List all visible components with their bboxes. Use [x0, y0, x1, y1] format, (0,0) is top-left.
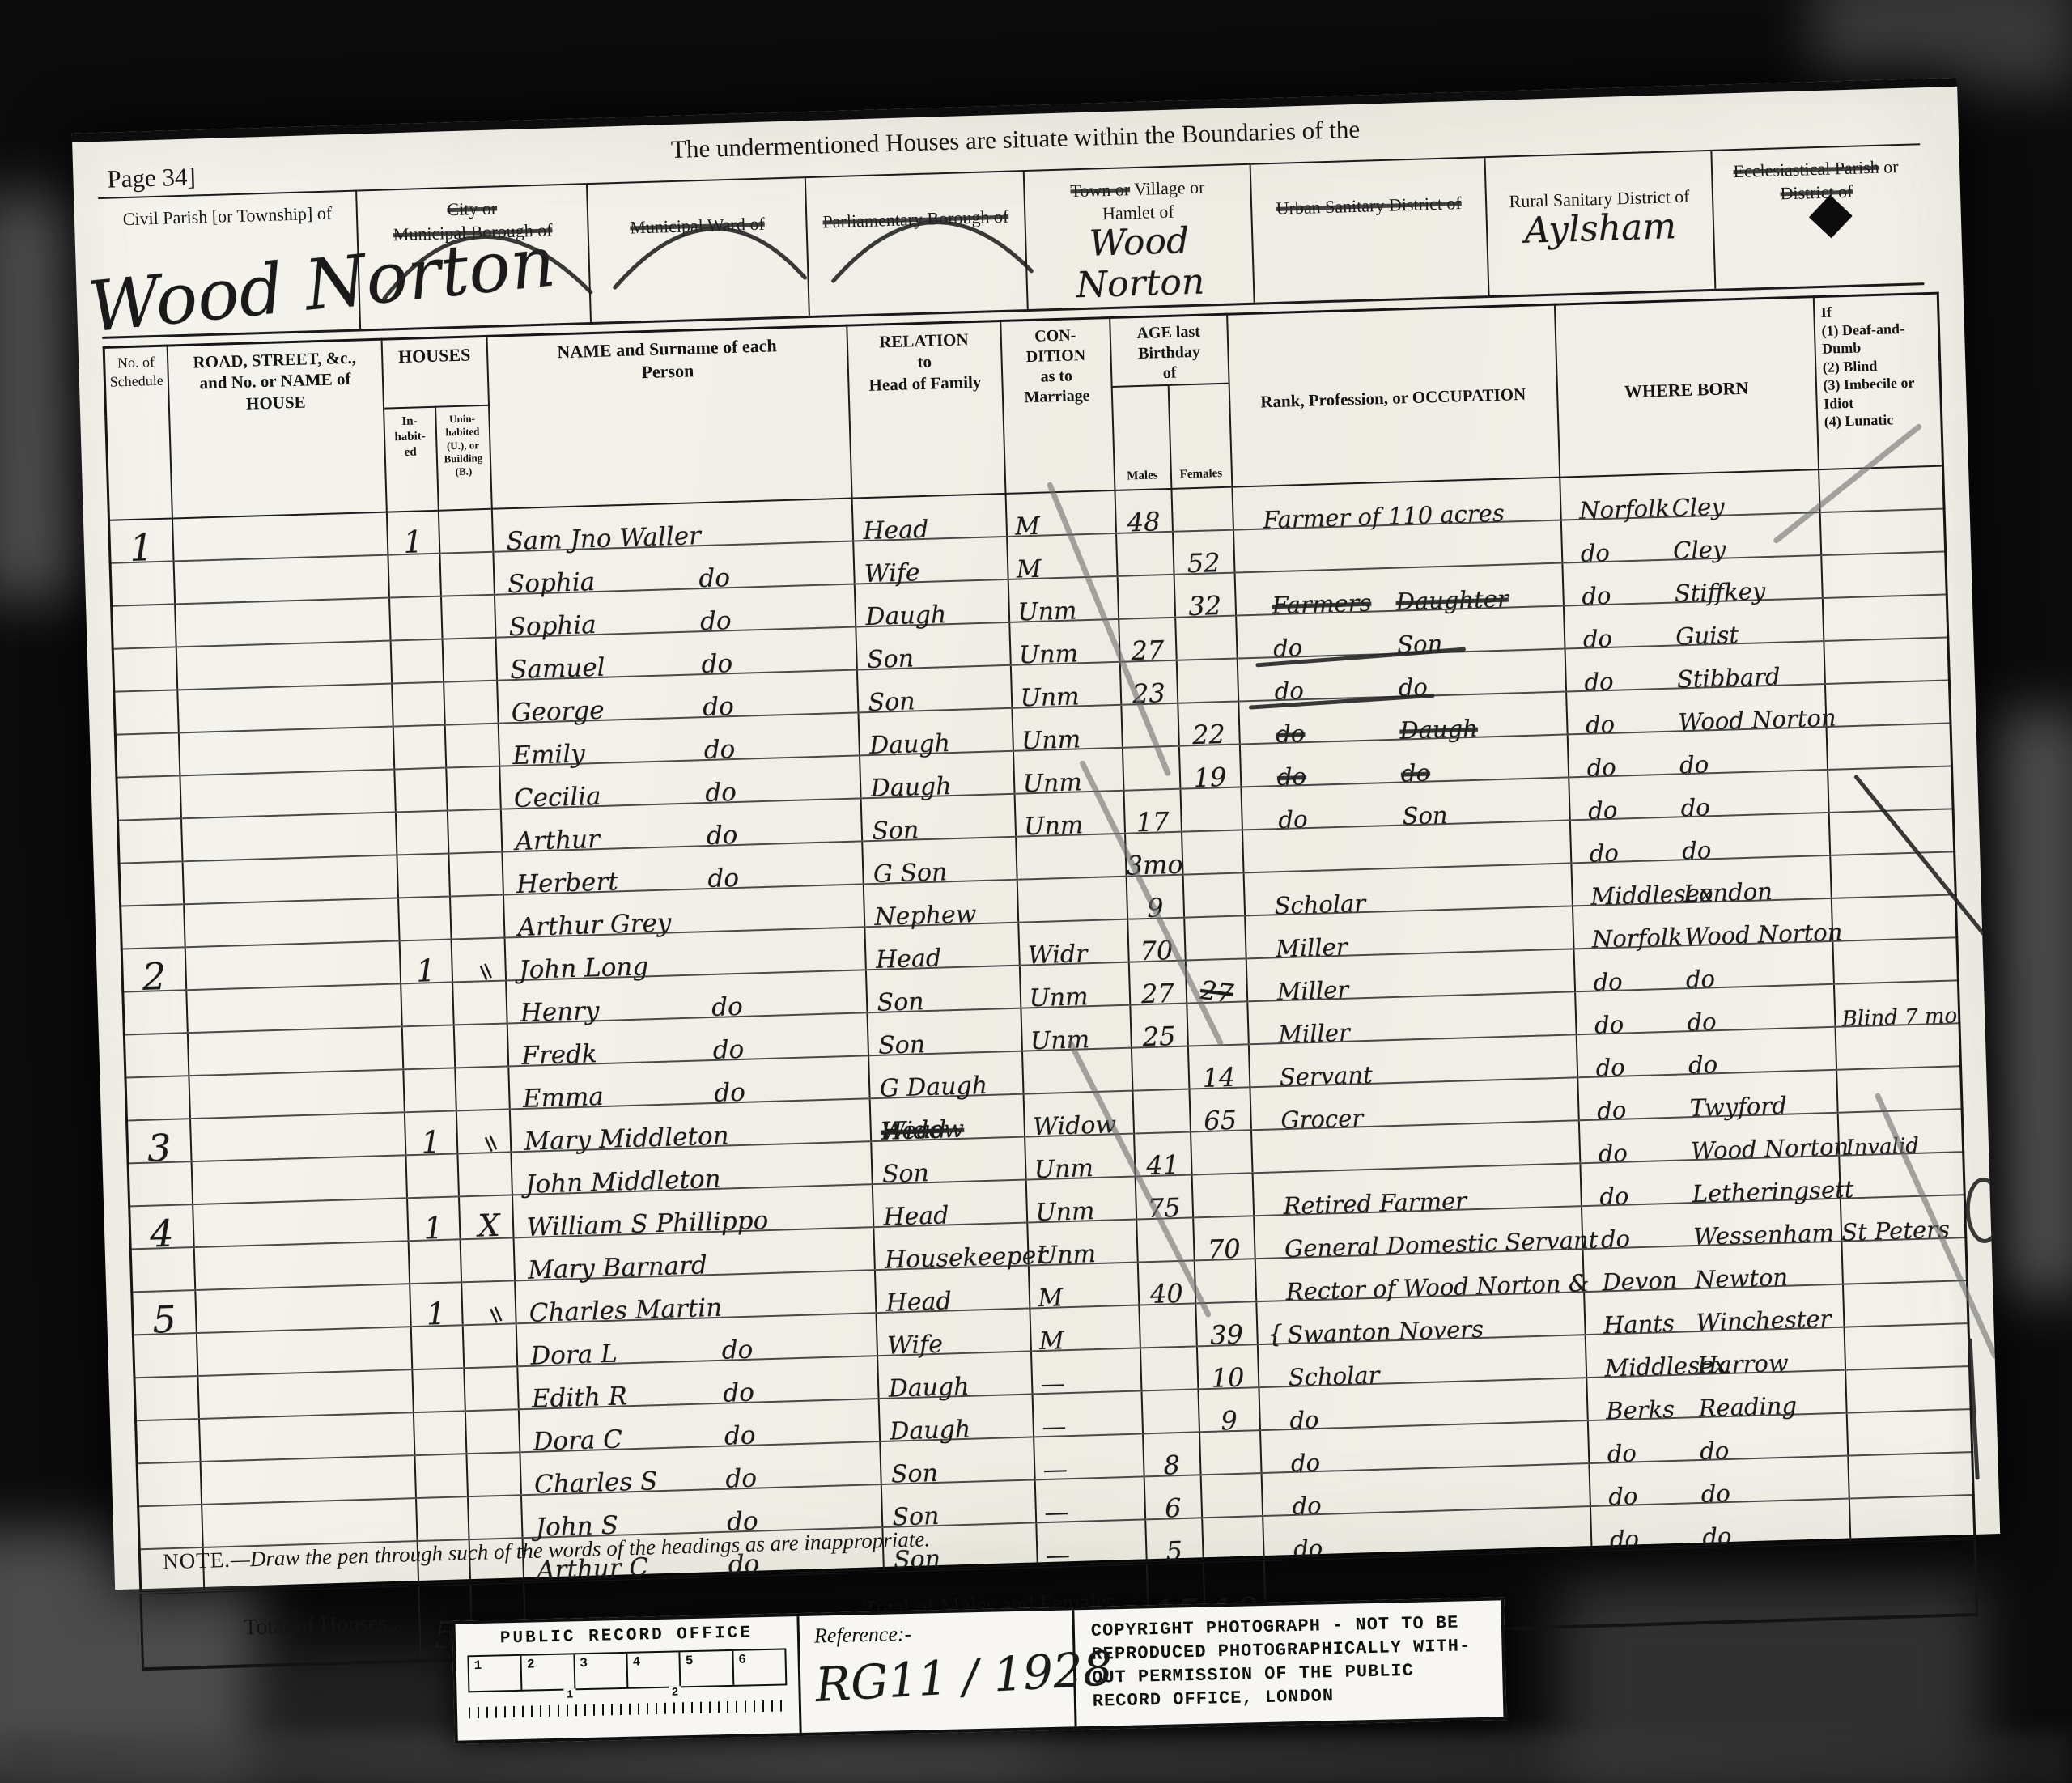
relation-value: G Daugh [879, 1072, 987, 1103]
road-name [193, 1198, 408, 1247]
age-female: 19 [1178, 744, 1241, 788]
occupation-value: Farmers [1272, 589, 1372, 620]
birth-place: London [1683, 877, 1773, 907]
name-ditto: do [725, 1464, 758, 1494]
schedule-number [134, 1376, 199, 1420]
uninhabited-mark [449, 895, 504, 940]
occupation-value: Son [1397, 630, 1443, 659]
reference-label: Reference:- [814, 1618, 1073, 1648]
occupation-value: do [1398, 673, 1428, 702]
infirmity-remark [1846, 1409, 1972, 1456]
inhabited-mark [403, 1068, 456, 1112]
condition: M [1005, 490, 1116, 537]
age-female [1180, 787, 1242, 831]
reference-value: RG11 / 1928 [814, 1643, 1075, 1713]
remark-value: Blind 7 mo [1841, 1004, 1957, 1031]
schedule-value: 5 [134, 1297, 196, 1342]
birth-county: do [1582, 582, 1611, 610]
relation-value: Daugh [870, 772, 952, 803]
birth-place: do [1700, 1437, 1730, 1465]
relation-value: Son [894, 1545, 941, 1575]
age-female [1200, 1473, 1263, 1518]
relation-value: Daugh [869, 729, 951, 760]
birth-county: do [1580, 539, 1610, 567]
age-female [1184, 915, 1246, 960]
age-female [1191, 1173, 1254, 1217]
relation: Head [851, 494, 1006, 541]
schedule-number [137, 1462, 202, 1506]
inhabited-mark [413, 1411, 466, 1455]
condition-value: Unm [1030, 1025, 1090, 1055]
road-name [186, 983, 401, 1033]
road-name [180, 812, 396, 861]
road-name [173, 555, 388, 605]
age-female: 27 [1185, 958, 1247, 1003]
occupation-value: Servant [1279, 1061, 1373, 1091]
occupation-value: Daugh [1399, 715, 1478, 745]
birth-county: do [1609, 1525, 1639, 1553]
age-female: 32 [1174, 573, 1236, 618]
condition-value: Unm [1017, 596, 1077, 626]
pro-stamp-copyright: COPYRIGHT PHOTOGRAPH - NOT TO BE REPRODU… [1074, 1600, 1503, 1726]
infirmity-remark [1842, 1280, 1968, 1327]
inhabited-mark [398, 897, 452, 941]
age-male-value: 3mo [1126, 849, 1182, 881]
occupation-value: do [1400, 759, 1430, 787]
pro-office-label: PUBLIC RECORD OFFICE [467, 1623, 786, 1649]
age-male [1141, 1389, 1199, 1433]
col-born: WHERE BORN [1554, 297, 1818, 478]
inhabited-value: 1 [388, 524, 439, 561]
relation-value: Wife [864, 558, 920, 588]
schedule-number: 5 [132, 1290, 197, 1335]
name-given: Fredk [521, 1039, 597, 1071]
occupation-value: Grocer [1280, 1104, 1364, 1134]
infirmity-remark: Invalid [1837, 1109, 1964, 1156]
uninhabited-mark [438, 509, 493, 554]
age-male: 23 [1119, 660, 1178, 705]
schedule-number [114, 690, 179, 734]
road-name [202, 1498, 417, 1547]
condition-value: Unm [1029, 983, 1089, 1012]
remark-value: Invalid [1845, 1134, 1919, 1161]
relation-value: Son [872, 816, 919, 846]
name-given: Cecilia [513, 782, 601, 813]
age-female-value: 65 [1191, 1104, 1250, 1136]
inhabited-value: 1 [410, 1295, 461, 1332]
name-ditto: do [701, 649, 733, 679]
inhabited-mark: 1 [407, 1196, 461, 1241]
age-male-value: 8 [1144, 1449, 1199, 1481]
uninhabited-mark [464, 1366, 519, 1411]
age-male [1136, 1217, 1195, 1262]
birth-county: do [1594, 1011, 1624, 1039]
condition-value: — [1042, 1412, 1067, 1441]
age-female [1175, 616, 1238, 660]
condition-value: — [1042, 1455, 1068, 1484]
uninhabited-mark [442, 638, 497, 682]
ruler-number: 5 [681, 1651, 734, 1686]
condition-value: Unm [1036, 1240, 1096, 1270]
district-civil-parish-label: Civil Parish [or Township] of [98, 192, 356, 232]
age-male-value: 9 [1127, 892, 1183, 924]
condition [1017, 877, 1127, 923]
name-ditto: do [711, 992, 744, 1022]
uninhabited-mark [466, 1452, 521, 1496]
name-ditto: do [703, 692, 735, 722]
schedule-number [113, 647, 177, 691]
pro-stamp-office: PUBLIC RECORD OFFICE 123456 1 2 [456, 1616, 802, 1741]
inhabited-mark: 1 [399, 940, 452, 984]
inhabited-mark [394, 768, 448, 813]
col-condition: CON- DITION as to Marriage [1000, 318, 1115, 494]
age-female-value: 22 [1178, 719, 1238, 751]
condition-value: Unm [1034, 1154, 1093, 1184]
age-female-value: 19 [1180, 762, 1240, 794]
col-age: AGE last Birthday of [1110, 314, 1229, 387]
road-name [198, 1412, 414, 1462]
inhabited-mark [401, 1025, 455, 1069]
occupation-value: Scholar [1288, 1361, 1380, 1391]
infirmity-remark [1848, 1452, 1974, 1499]
age-male-value: 75 [1136, 1192, 1192, 1225]
name-given: George [511, 696, 605, 728]
schedule-number: 3 [127, 1119, 192, 1163]
condition-value: Widr [1027, 940, 1087, 970]
district-rural-sanitary-value: Aylsham [1487, 205, 1713, 253]
age-male-value: 27 [1130, 978, 1186, 1010]
infirmity-remark [1845, 1366, 1972, 1413]
age-male: 25 [1130, 1004, 1188, 1048]
name-given: John S [535, 1511, 618, 1543]
infirmity-remark [1826, 723, 1952, 770]
birth-place: Cley [1673, 536, 1726, 565]
name-ditto: do [707, 864, 740, 894]
age-female [1199, 1430, 1262, 1475]
relation-value: Housekeeper [885, 1242, 1049, 1275]
relation-value: Son [892, 1502, 940, 1532]
road-name [175, 598, 390, 647]
name-ditto: do [700, 606, 732, 636]
census-photograph: { "page": { "page_label": "Page 34]", "t… [0, 0, 2072, 1783]
inhabited-mark [412, 1368, 465, 1412]
road-name [172, 512, 387, 562]
birth-place: Newton [1694, 1263, 1788, 1293]
age-male: 6 [1144, 1475, 1202, 1519]
age-female [1171, 487, 1233, 532]
road-name [184, 898, 399, 947]
ruler-scale: 123456 [467, 1648, 787, 1692]
occupation-value: Miller [1278, 1019, 1351, 1049]
age-male [1122, 746, 1180, 791]
infirmity-remark: Blind 7 mo [1833, 980, 1959, 1027]
ruler-cm-label: 1 [564, 1688, 576, 1701]
census-sheet: Page 34] The undermentioned Houses are s… [72, 78, 2000, 1590]
age-male: 17 [1123, 789, 1182, 834]
name-ditto: do [714, 1078, 746, 1108]
birth-county: do [1589, 839, 1619, 868]
name-given: Herbert [516, 867, 619, 899]
road-name [191, 1155, 406, 1204]
age-male: 40 [1137, 1260, 1195, 1305]
col-name: NAME and Surname of each Person [486, 325, 851, 509]
road-name [200, 1455, 415, 1505]
age-female-value: 32 [1175, 590, 1235, 622]
schedule-number [117, 775, 181, 820]
condition-value: — [1044, 1498, 1069, 1527]
birth-place: Wood Norton [1684, 919, 1843, 951]
birth-place: Stiffkey [1674, 577, 1765, 607]
birth-county: do [1607, 1439, 1637, 1467]
name-given: Sophia [508, 610, 597, 642]
birth-county: do [1593, 968, 1623, 996]
age-male: 8 [1143, 1432, 1201, 1476]
birth-county: do [1600, 1225, 1630, 1253]
occupation-value: Retired Farmer [1283, 1187, 1467, 1220]
occupation-value: do [1278, 805, 1308, 834]
uninhabited-mark [444, 724, 499, 768]
relation-value: Daugh [888, 1373, 970, 1403]
uninhabited-mark [444, 681, 499, 725]
birth-place: Guist [1675, 621, 1739, 650]
occupation-brace: { [1267, 1320, 1284, 1349]
infirmity-remark [1828, 809, 1955, 855]
name-ditto: do [727, 1507, 759, 1537]
birth-place: Wood Norton [1678, 704, 1836, 737]
ruler-ticks: 1 2 [469, 1687, 788, 1718]
schedule-number [119, 861, 184, 906]
relation-value: Head [876, 945, 942, 974]
schedule-number [125, 1076, 190, 1120]
condition-value: — [1040, 1369, 1065, 1399]
infirmity-remark [1821, 552, 1947, 599]
col-infirmities: If (1) Deaf-and-Dumb (2) Blind (3) Imbec… [1813, 293, 1942, 469]
uninhabited-mark [453, 1023, 508, 1068]
schedule-number [121, 904, 185, 949]
col-road: ROAD, STREET, &c., and No. or NAME of HO… [167, 339, 386, 518]
schedule-number [124, 1033, 189, 1077]
name-given: Sophia [507, 567, 596, 599]
occupation-value: Son [1402, 801, 1448, 830]
relation-value: Son [868, 687, 915, 717]
occupation-value: Swanton Novers [1287, 1315, 1484, 1348]
birth-place: Harrow [1697, 1349, 1790, 1379]
uninhabited-mark [457, 1152, 512, 1196]
census-table: No. of Schedule ROAD, STREET, &c., and N… [103, 292, 1979, 1671]
name-given: Emily [512, 739, 585, 771]
inhabited-mark [397, 854, 450, 898]
relation-value: Head [885, 1287, 952, 1317]
name-ditto: do [703, 735, 736, 765]
relation-value: Head [863, 516, 929, 546]
district-rural-sanitary: Rural Sanitary District ofAylsham [1485, 151, 1716, 295]
name-given: Charles Martin [529, 1293, 722, 1328]
col-schedule: No. of Schedule [104, 346, 172, 520]
birth-county: Hants [1603, 1310, 1675, 1339]
schedule-value: 3 [128, 1125, 190, 1170]
district-town-village-label: Town or Village or Hamlet of [1025, 165, 1251, 227]
condition-value: Unm [1020, 682, 1080, 712]
name-given: Samuel [510, 653, 605, 685]
condition-value: M [1039, 1327, 1065, 1356]
name-given: Henry [520, 996, 600, 1028]
birth-place: do [1682, 836, 1712, 864]
infirmity-remark [1828, 766, 1954, 813]
name-given: Arthur Grey [517, 908, 672, 942]
inhabited-mark: 1 [386, 511, 439, 555]
name-ditto: do [712, 1035, 745, 1065]
district-rural-sanitary-label: Rural Sanitary District of [1485, 151, 1712, 214]
birth-place: do [1679, 750, 1709, 779]
name-ditto: do [705, 778, 737, 808]
age-female [1176, 659, 1238, 703]
name-ditto: do [721, 1335, 754, 1365]
schedule-number [136, 1419, 201, 1463]
name-ditto: do [724, 1421, 756, 1451]
age-male: 41 [1134, 1132, 1192, 1177]
ruler-number: 6 [733, 1649, 785, 1684]
district-ecclesiastical-label: Ecclesiastical Parish or District of [1712, 145, 1920, 207]
age-male [1132, 1089, 1191, 1134]
age-male [1139, 1303, 1197, 1348]
road-name [187, 1026, 402, 1076]
age-male: 70 [1127, 918, 1186, 962]
col-inhabited: In- habit- ed [384, 407, 439, 512]
road-name [185, 940, 400, 990]
inhabited-mark: 1 [404, 1110, 457, 1155]
district-parliamentary-borough: Parliamentary Borough of [806, 172, 1029, 316]
condition-value: — [1045, 1541, 1070, 1570]
inhabited-value: 1 [405, 1123, 456, 1161]
birth-county: do [1597, 1097, 1627, 1125]
uninhabited-mark [439, 552, 495, 596]
relation-value: Son [878, 1030, 926, 1060]
occupation-value: do [1289, 1406, 1319, 1434]
road-name [177, 684, 393, 733]
age-male [1116, 532, 1174, 576]
road-name [189, 1069, 404, 1119]
footnote-label: NOTE. [163, 1547, 231, 1573]
uninhabited-mark [465, 1409, 520, 1454]
age-female: 9 [1198, 1387, 1260, 1432]
birth-county: do [1586, 754, 1616, 782]
age-male-value: 27 [1119, 635, 1175, 667]
schedule-number: 1 [109, 518, 174, 562]
age-female-value: 39 [1196, 1318, 1256, 1351]
birth-county: do [1595, 1054, 1625, 1082]
age-male-value: 41 [1135, 1149, 1191, 1182]
age-female: 14 [1187, 1044, 1250, 1089]
inhabited-value: 1 [408, 1209, 459, 1246]
photo-artifact [1813, 0, 2072, 89]
inhabited-mark [395, 811, 448, 855]
photo-artifact [0, 1732, 2072, 1783]
inhabited-mark: 1 [410, 1282, 463, 1327]
name-given: Charles S [534, 1467, 658, 1500]
ruler-number: 2 [522, 1654, 575, 1689]
condition: Widow [1023, 1091, 1134, 1137]
district-urban-sanitary-label: Urban Sanitary District of [1251, 158, 1486, 221]
age-male [1117, 575, 1175, 619]
relation-value: Nephew [874, 900, 977, 932]
road-name [180, 769, 395, 818]
condition-value: M [1016, 555, 1042, 584]
name-ditto: do [728, 1550, 760, 1580]
occupation-value: Daughter [1395, 585, 1509, 616]
age-female [1191, 1130, 1253, 1174]
col-houses: HOUSES [381, 336, 488, 408]
relation-value: G Son [873, 858, 947, 889]
col-females: Females [1168, 384, 1232, 489]
birth-place: Letheringsett [1692, 1175, 1854, 1208]
birth-county: do [1608, 1482, 1638, 1510]
ruler-number: 3 [575, 1654, 628, 1688]
birth-place: Twyford [1689, 1092, 1787, 1123]
road-name [196, 1327, 411, 1376]
inhabited-mark [393, 725, 446, 770]
infirmity-remark [1830, 851, 1956, 898]
birth-county: Norfolk [1579, 495, 1671, 524]
name-given: Sam Jno Waller [506, 521, 701, 556]
name-given: Mary Barnard [528, 1250, 708, 1285]
age-female: 39 [1195, 1301, 1258, 1346]
uninhabited-mark [467, 1495, 522, 1539]
ruler-cm-label: 2 [669, 1686, 681, 1699]
schedule-value: 2 [123, 953, 185, 999]
name-given: Emma [522, 1082, 604, 1114]
condition: Widr [1018, 919, 1129, 966]
schedule-number [112, 604, 176, 648]
relation-value: Wife [887, 1331, 944, 1361]
occupation-value: Miller [1276, 976, 1349, 1006]
age-male: 27 [1119, 618, 1177, 662]
district-town-village: Town or Village or Hamlet ofWood Norton [1025, 165, 1255, 309]
uninhabited-mark [448, 852, 503, 897]
age-female: 65 [1189, 1087, 1251, 1131]
age-male-value: 40 [1139, 1277, 1195, 1310]
road-name [195, 1284, 410, 1333]
uninhabited-mark [455, 1066, 510, 1110]
birth-place: do [1688, 1051, 1718, 1079]
name-ditto: do [698, 563, 731, 593]
schedule-number: 4 [129, 1204, 194, 1249]
relation-value: Son [881, 1159, 929, 1189]
infirmity-remark [1819, 509, 1946, 556]
age-female: 70 [1193, 1216, 1255, 1260]
uninhabited-mark [446, 766, 501, 811]
name-given: Mary Middleton [524, 1121, 729, 1156]
age-female [1194, 1259, 1256, 1303]
relation-value: Head [883, 1201, 949, 1231]
col-males: Males [1111, 385, 1171, 490]
occupation-value: do [1274, 677, 1304, 705]
age-male-value: 48 [1116, 506, 1172, 538]
relation-value: Widow [881, 1115, 965, 1146]
schedule-number [118, 818, 183, 863]
age-female-value: 70 [1194, 1233, 1254, 1265]
photo-artifact [1991, 712, 2072, 1295]
road-name [197, 1369, 413, 1419]
col-occupation: Rank, Profession, or OCCUPATION [1227, 304, 1560, 486]
ruler-number: 4 [627, 1652, 681, 1687]
col-relation: RELATION to Head of Family [847, 321, 1005, 499]
household-mark: X [478, 1208, 500, 1244]
age-male: 9 [1126, 875, 1184, 919]
schedule-number [138, 1505, 203, 1549]
birth-place: Reading [1698, 1391, 1797, 1422]
condition-value: Widow [1033, 1110, 1117, 1141]
birth-county: Devon [1602, 1267, 1678, 1297]
